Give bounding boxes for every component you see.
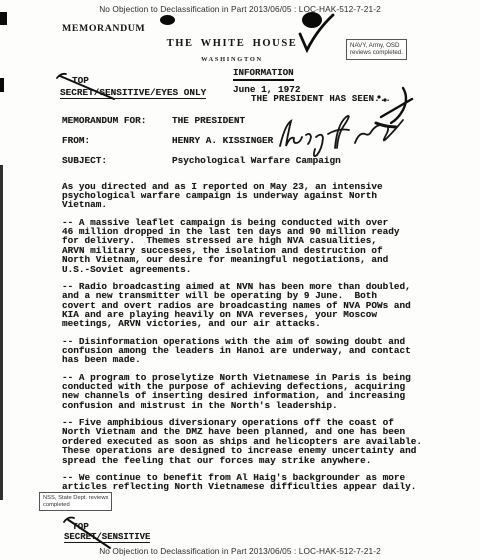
memo-paragraph: -- Five amphibious diversionary operatio…: [62, 418, 436, 465]
checkmark-icon: [292, 8, 340, 54]
scan-artifact: [0, 78, 4, 92]
president-seen-stamp: THE PRESIDENT HAS SEEN...: [251, 94, 391, 104]
memo-document-scan: No Objection to Declassification in Part…: [0, 0, 480, 560]
memo-paragraph: -- A program to proselytize North Vietna…: [62, 373, 436, 411]
scan-artifact: [0, 165, 3, 500]
subject-label: SUBJECT:: [62, 155, 107, 166]
information-label: INFORMATION: [233, 67, 294, 81]
letterhead-subtitle: WASHINGTON: [201, 56, 263, 63]
from-value: HENRY A. KISSINGER: [172, 135, 273, 146]
memo-paragraph: -- Radio broadcasting aimed at NVN has b…: [62, 282, 436, 329]
declass-header: No Objection to Declassification in Part…: [0, 4, 480, 14]
memo-paragraph: -- A massive leaflet campaign is being c…: [62, 218, 436, 274]
subject-value: Psychological Warfare Campaign: [172, 155, 341, 166]
scan-artifact: [0, 12, 7, 25]
letterhead-title: THE WHITE HOUSE: [167, 38, 298, 49]
declass-footer: No Objection to Declassification in Part…: [0, 546, 480, 556]
memo-for-label: MEMORANDUM FOR:: [62, 115, 146, 126]
memorandum-label: MEMORANDUM: [62, 23, 145, 34]
memo-paragraph: As you directed and as I reported on May…: [62, 182, 436, 210]
navy-review-stamp: NAVY, Army, OSD reviews completed.: [346, 39, 407, 60]
haig-signature: [272, 113, 412, 157]
memo-paragraph: -- We continue to benefit from Al Haig's…: [62, 473, 436, 492]
memo-body: As you directed and as I reported on May…: [62, 182, 436, 500]
from-label: FROM:: [62, 135, 90, 146]
hole-punch-icon: [160, 15, 175, 25]
nss-review-stamp: NSS, State Dept. reviews completed: [39, 492, 112, 511]
strikethrough-mark-icon: [54, 69, 120, 103]
memo-paragraph: -- Disinformation operations with the ai…: [62, 337, 436, 365]
memo-for-value: THE PRESIDENT: [172, 115, 245, 126]
